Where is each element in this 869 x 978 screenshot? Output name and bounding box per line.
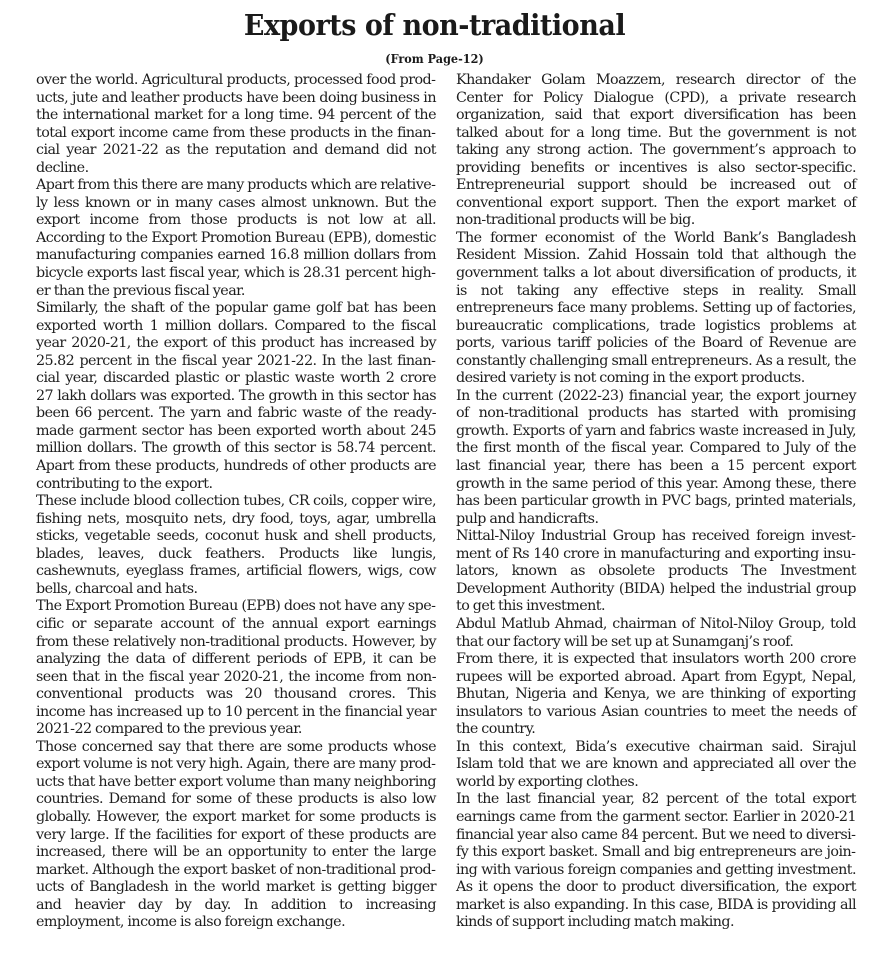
paragraph: The Export Promotion Bureau (EPB) does n… [36, 598, 436, 738]
paragraph: In this context, Bida’s executive chairm… [456, 739, 856, 792]
continuation-label: (From Page-12) [43, 51, 825, 66]
headline: Exports of non-traditional [30, 8, 838, 42]
paragraph: Abdul Matlub Ahmad, chairman of Nitol-Ni… [456, 616, 856, 651]
article-column-right: Khandaker Golam Moazzem, research direct… [456, 72, 856, 932]
paragraph: Nittal-Niloy Industrial Group has receiv… [456, 528, 856, 616]
paragraph: Apart from this there are many products … [36, 177, 436, 300]
paragraph: Similarly, the shaft of the popular game… [36, 300, 436, 493]
article-column-left: over the world. Agricultural products, p… [36, 72, 436, 932]
paragraph: over the world. Agricultural products, p… [36, 72, 436, 177]
paragraph: In the last financial year, 82 percent o… [456, 791, 856, 931]
paragraph: Khandaker Golam Moazzem, research direct… [456, 72, 856, 230]
paragraph: In the current (2022-23) financial year,… [456, 388, 856, 528]
paragraph: From there, it is expected that insulato… [456, 651, 856, 739]
paragraph: The former economist of the World Bank’s… [456, 230, 856, 388]
paragraph: These include blood collection tubes, CR… [36, 493, 436, 598]
paragraph: Those concerned say that there are some … [36, 739, 436, 932]
